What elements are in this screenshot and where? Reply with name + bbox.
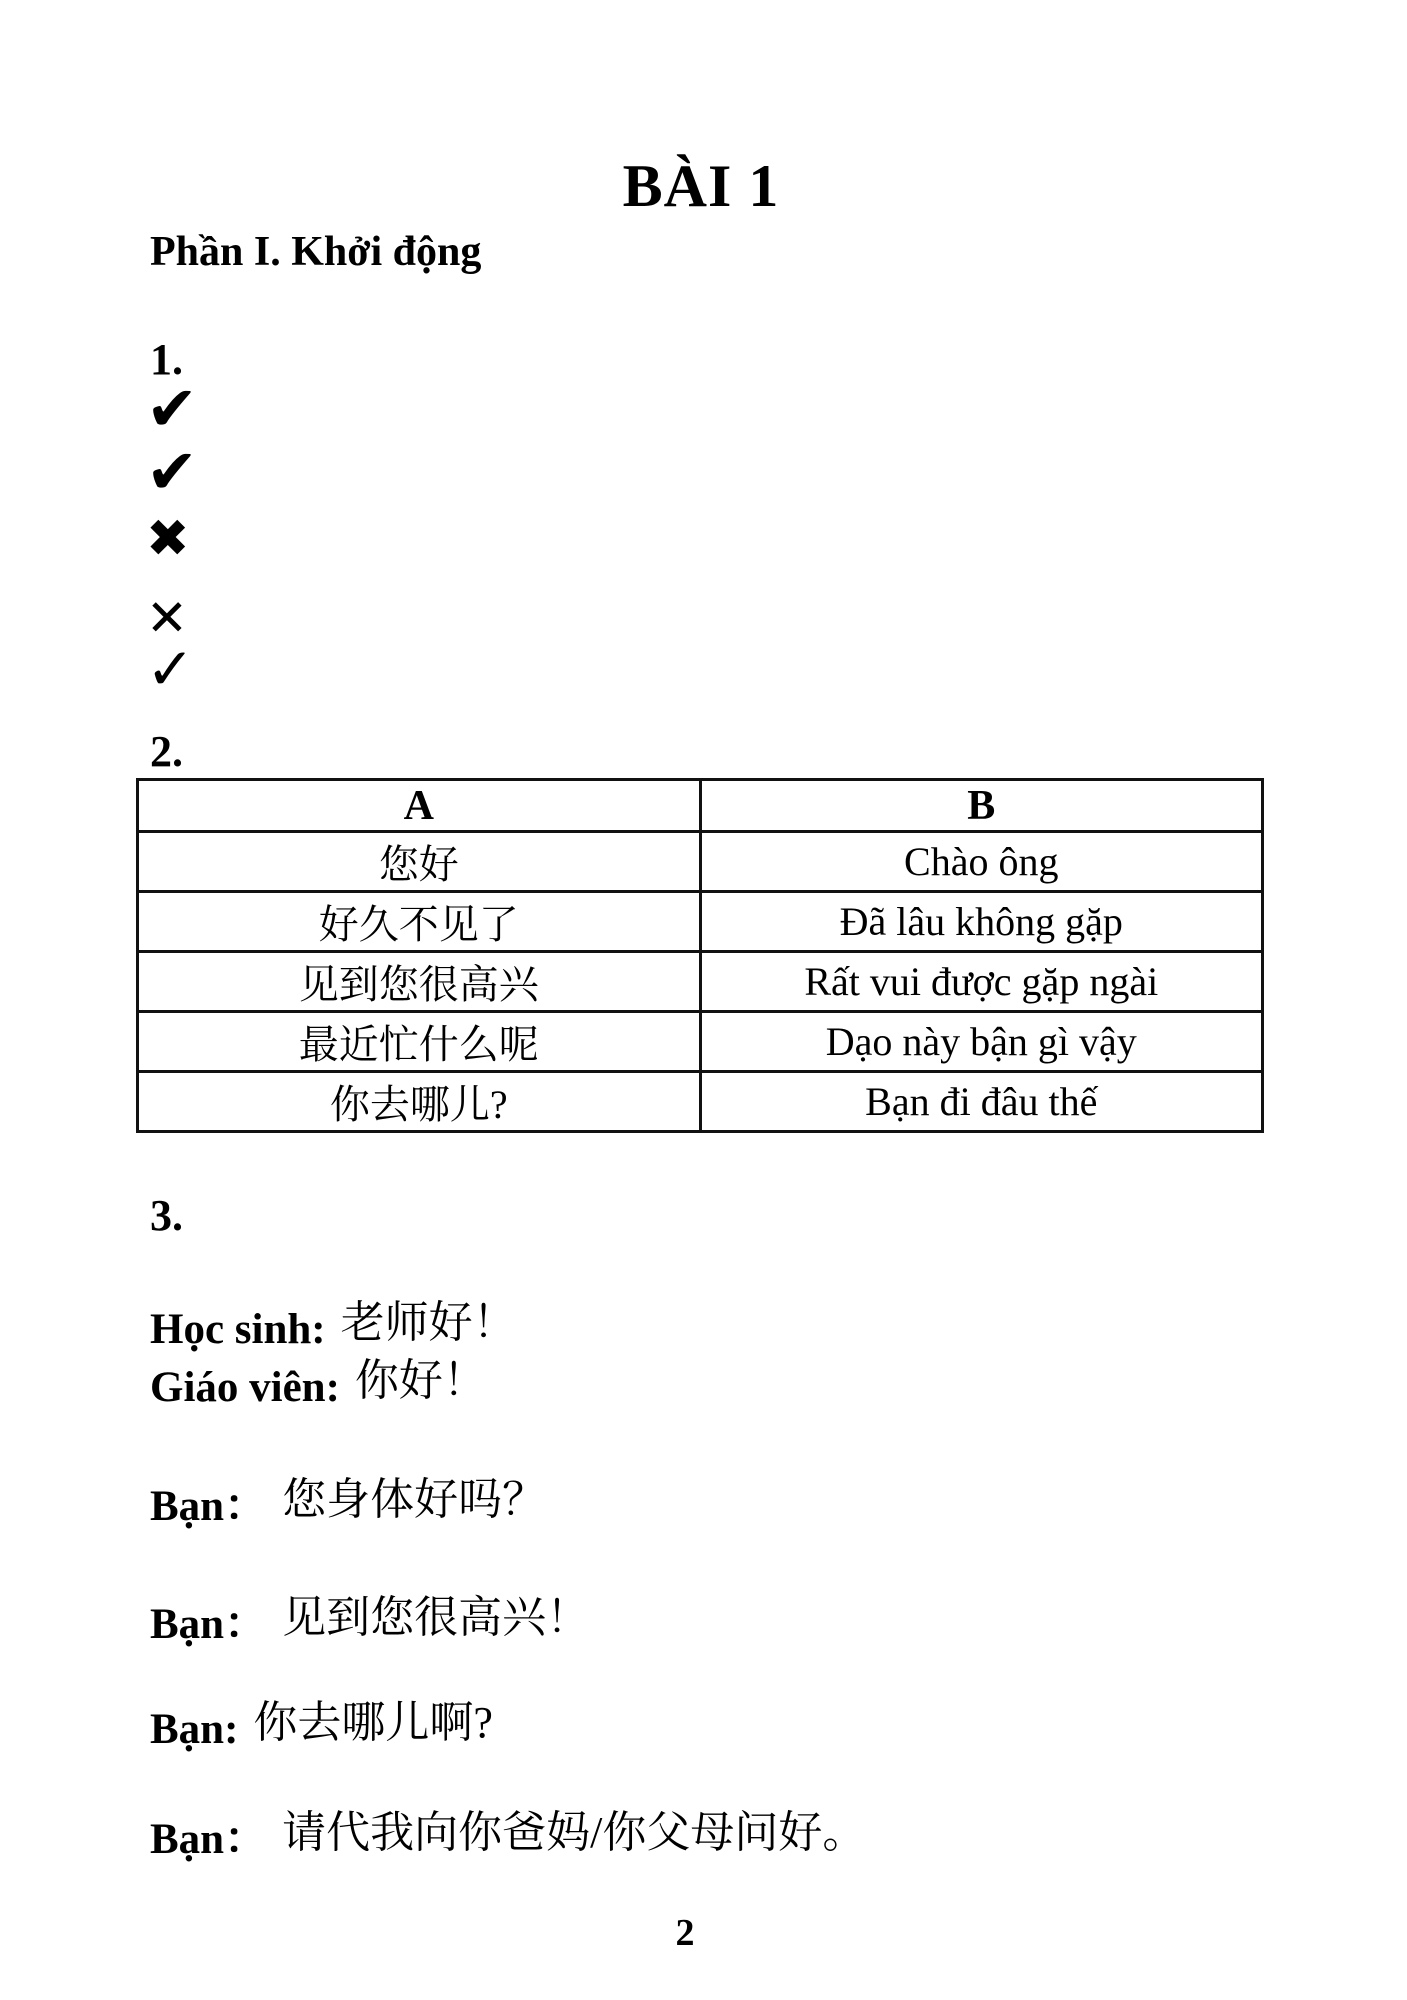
column-header-a: A	[138, 780, 701, 832]
exercise2-label: 2.	[150, 730, 183, 774]
cell-vietnamese: Dạo này bận gì vậy	[700, 1012, 1263, 1072]
heavy-check-icon: ✔	[146, 378, 198, 440]
cell-chinese: 最近忙什么呢	[138, 1012, 701, 1072]
section-heading: Phần I. Khởi động	[150, 231, 481, 273]
speaker-label: Bạn：	[150, 1816, 267, 1863]
speaker-label: Giáo viên:	[150, 1364, 340, 1411]
speaker-label: Bạn：	[150, 1483, 267, 1530]
page-number: 2	[140, 1914, 1230, 1952]
dialogue-line: Bạn：您身体好吗？	[150, 1484, 546, 1528]
matching-table: AB 您好Chào ông好久不见了Đã lâu không gặp见到您很高兴…	[136, 778, 1264, 1133]
cell-vietnamese: Bạn đi đâu thế	[700, 1072, 1263, 1132]
speaker-label: Bạn:	[150, 1706, 238, 1753]
table-row: 好久不见了Đã lâu không gặp	[138, 892, 1263, 952]
cell-chinese: 你去哪儿?	[138, 1072, 701, 1132]
heavy-cross-icon: ✖	[146, 513, 190, 565]
heavy-check-icon: ✔	[146, 441, 198, 503]
table-row: 你去哪儿?Bạn đi đâu thế	[138, 1072, 1263, 1132]
lesson-title: BÀI 1	[140, 156, 1262, 216]
dialogue-line: Bạn：见到您很高兴！	[150, 1602, 590, 1646]
speaker-label: Bạn：	[150, 1601, 267, 1648]
dialogue-line: Giáo viên:你好！	[150, 1365, 487, 1409]
dialogue-text: 你好！	[355, 1356, 487, 1405]
dialogue-text: 请代我向你爸妈/你父母问好。	[282, 1808, 866, 1857]
dialogue-text: 老师好！	[341, 1298, 517, 1347]
cell-chinese: 见到您很高兴	[138, 952, 701, 1012]
exercise3-label: 3.	[150, 1194, 183, 1238]
cell-vietnamese: Chào ông	[700, 832, 1263, 892]
cell-vietnamese: Rất vui được gặp ngài	[700, 952, 1263, 1012]
dialogue-line: Bạn：请代我向你爸妈/你父母问好。	[150, 1817, 866, 1861]
column-header-b: B	[700, 780, 1263, 832]
speaker-label: Học sinh:	[150, 1306, 326, 1353]
cell-chinese: 您好	[138, 832, 701, 892]
dialogue-line: Bạn:你去哪儿啊?	[150, 1707, 493, 1751]
matching-table-header-row: AB	[138, 780, 1263, 832]
document-page: BÀI 1 Phần I. Khởi động 1. ✔✔✖✕✓ 2. AB 您…	[0, 0, 1407, 2000]
dialogue-text: 您身体好吗？	[282, 1475, 546, 1524]
light-check-icon: ✓	[146, 640, 195, 698]
table-row: 您好Chào ông	[138, 832, 1263, 892]
dialogue-line: Học sinh:老师好！	[150, 1307, 517, 1351]
dialogue-text: 你去哪儿啊?	[253, 1698, 493, 1747]
table-row: 最近忙什么呢Dạo này bận gì vậy	[138, 1012, 1263, 1072]
dialogue-text: 见到您很高兴！	[282, 1593, 590, 1642]
table-row: 见到您很高兴Rất vui được gặp ngài	[138, 952, 1263, 1012]
cell-vietnamese: Đã lâu không gặp	[700, 892, 1263, 952]
cell-chinese: 好久不见了	[138, 892, 701, 952]
